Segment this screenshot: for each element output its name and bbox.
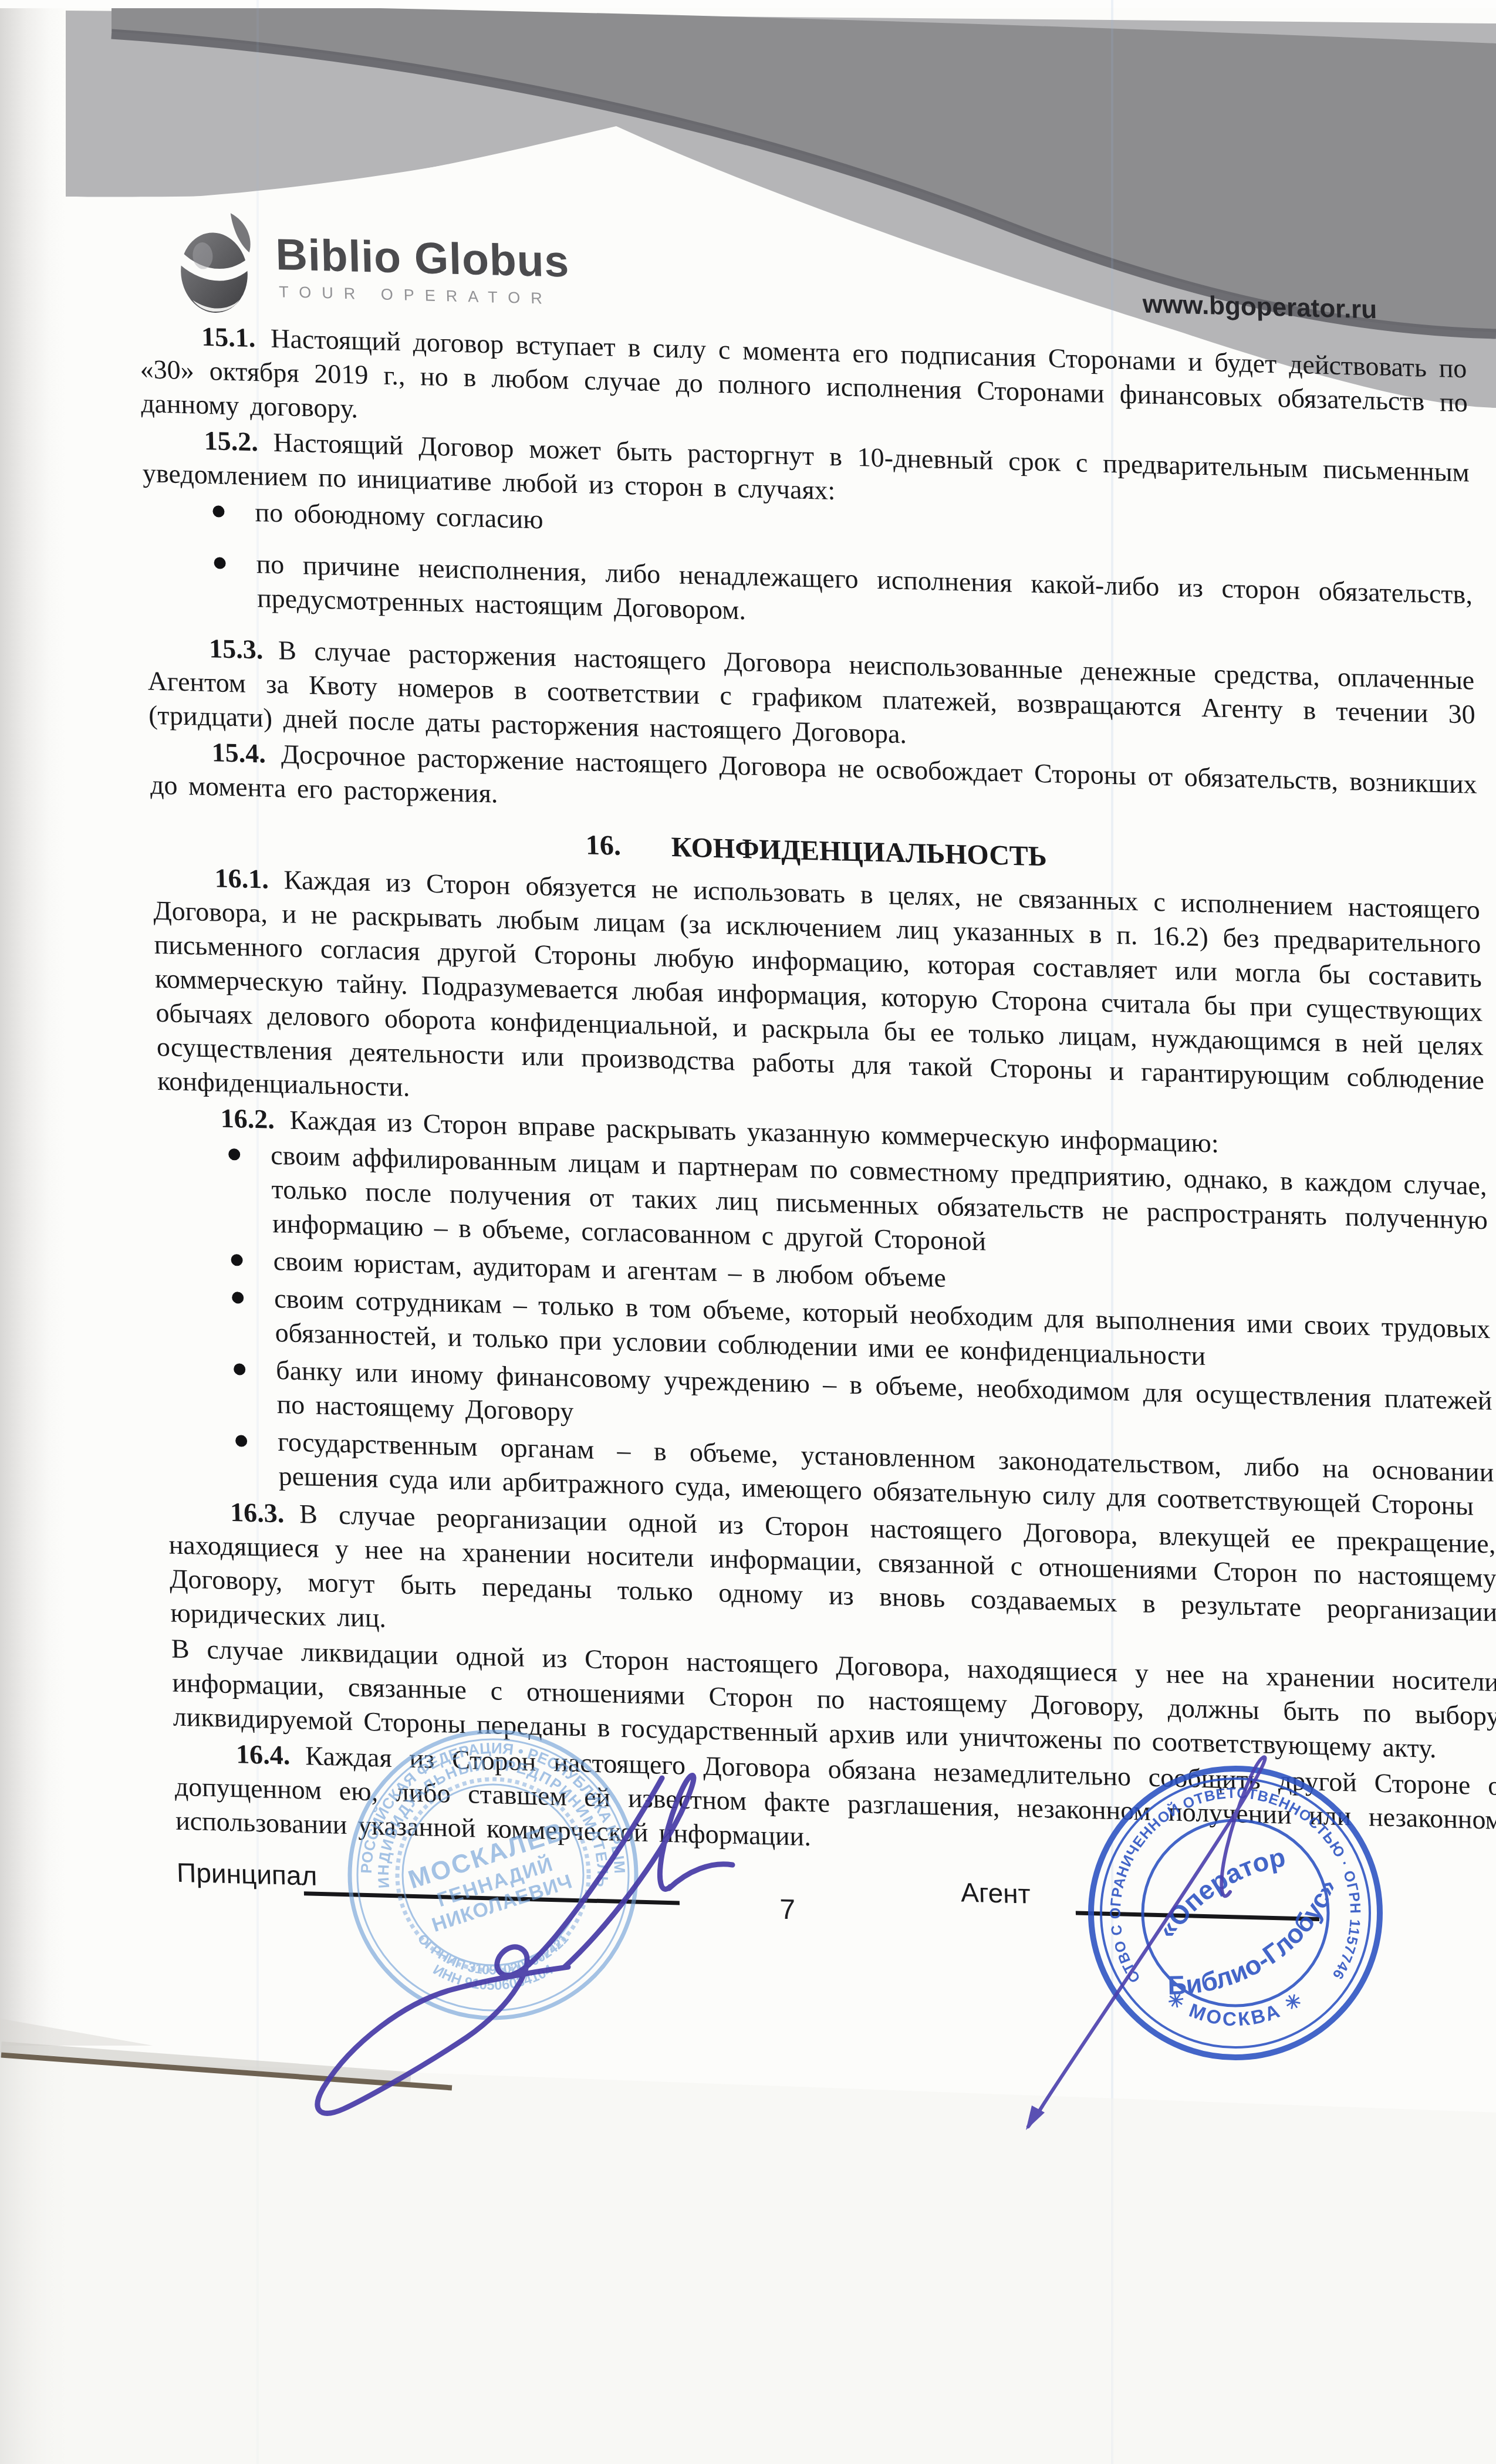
- clause-16-1-text: Каждая из Сторон обязуется не использова…: [153, 864, 1485, 1101]
- list-item: по причине неисполнения, либо ненадлежащ…: [144, 544, 1474, 645]
- agent-label: Агент: [960, 1875, 1031, 1911]
- clause-15-4-number: 15.4.: [211, 737, 266, 768]
- clause-15-3-number: 15.3.: [209, 633, 264, 664]
- page-top-margin: [0, 0, 1496, 8]
- page-bottom-edge-line: [1, 2055, 452, 2088]
- list-item-text: по обоюдному согласию: [255, 497, 543, 534]
- clause-15-2-number: 15.2.: [204, 425, 258, 457]
- right-stamp-center-line1: «Оператор: [1143, 1828, 1297, 1950]
- clause-16-3-number: 16.3.: [229, 1497, 284, 1528]
- clause-16-4-number: 16.4.: [236, 1739, 291, 1770]
- principal-label: Принципал: [176, 1855, 318, 1893]
- biblio-globus-logo-icon: [176, 209, 262, 324]
- agent-stamp: ОБЩЕСТВО С ОГРАНИЧЕННОЙ ОТВЕТСТВЕННОСТЬЮ…: [1083, 1760, 1388, 2066]
- clause-16-1-number: 16.1.: [214, 863, 269, 894]
- scanner-background-below-page: [0, 2057, 1496, 2464]
- clause-16-2-number: 16.2.: [220, 1103, 275, 1134]
- printed-content: Biblio Globus TOUR OPERATOR www.bgoperat…: [136, 210, 1496, 2024]
- website-url: www.bgoperator.ru: [1142, 289, 1377, 325]
- scanned-contract-page: Biblio Globus TOUR OPERATOR www.bgoperat…: [0, 0, 1496, 2464]
- brand-name: Biblio Globus: [275, 229, 570, 287]
- section-16-number: 16.: [585, 829, 621, 861]
- clause-16-1: 16.1.Каждая из Сторон обязуется не испол…: [152, 860, 1485, 1132]
- clause-15-3-text: В случае расторжения настоящего Договора…: [147, 635, 1475, 749]
- clause-16-2-list: своим аффилированным лицам и партнерам п…: [159, 1135, 1495, 1524]
- scanner-left-edge: [0, 0, 66, 2464]
- section-16-title: КОНФИДЕНЦИАЛЬНОСТЬ: [671, 832, 1047, 872]
- list-item-text: по причине неисполнения, либо ненадлежащ…: [256, 549, 1473, 625]
- clause-15-1-number: 15.1.: [201, 322, 256, 353]
- svg-text:«Оператор: «Оператор: [1143, 1828, 1297, 1950]
- brand-tagline: TOUR OPERATOR: [279, 283, 553, 308]
- clause-16-3-text: В случае реорганизации одной из Сторон н…: [168, 1499, 1496, 1633]
- principal-stamp: РОССИЙСКАЯ ФЕДЕРАЦИЯ • РЕСПУБЛИКА КРЫМ И…: [345, 1727, 641, 2023]
- page-number: 7: [755, 1892, 820, 1928]
